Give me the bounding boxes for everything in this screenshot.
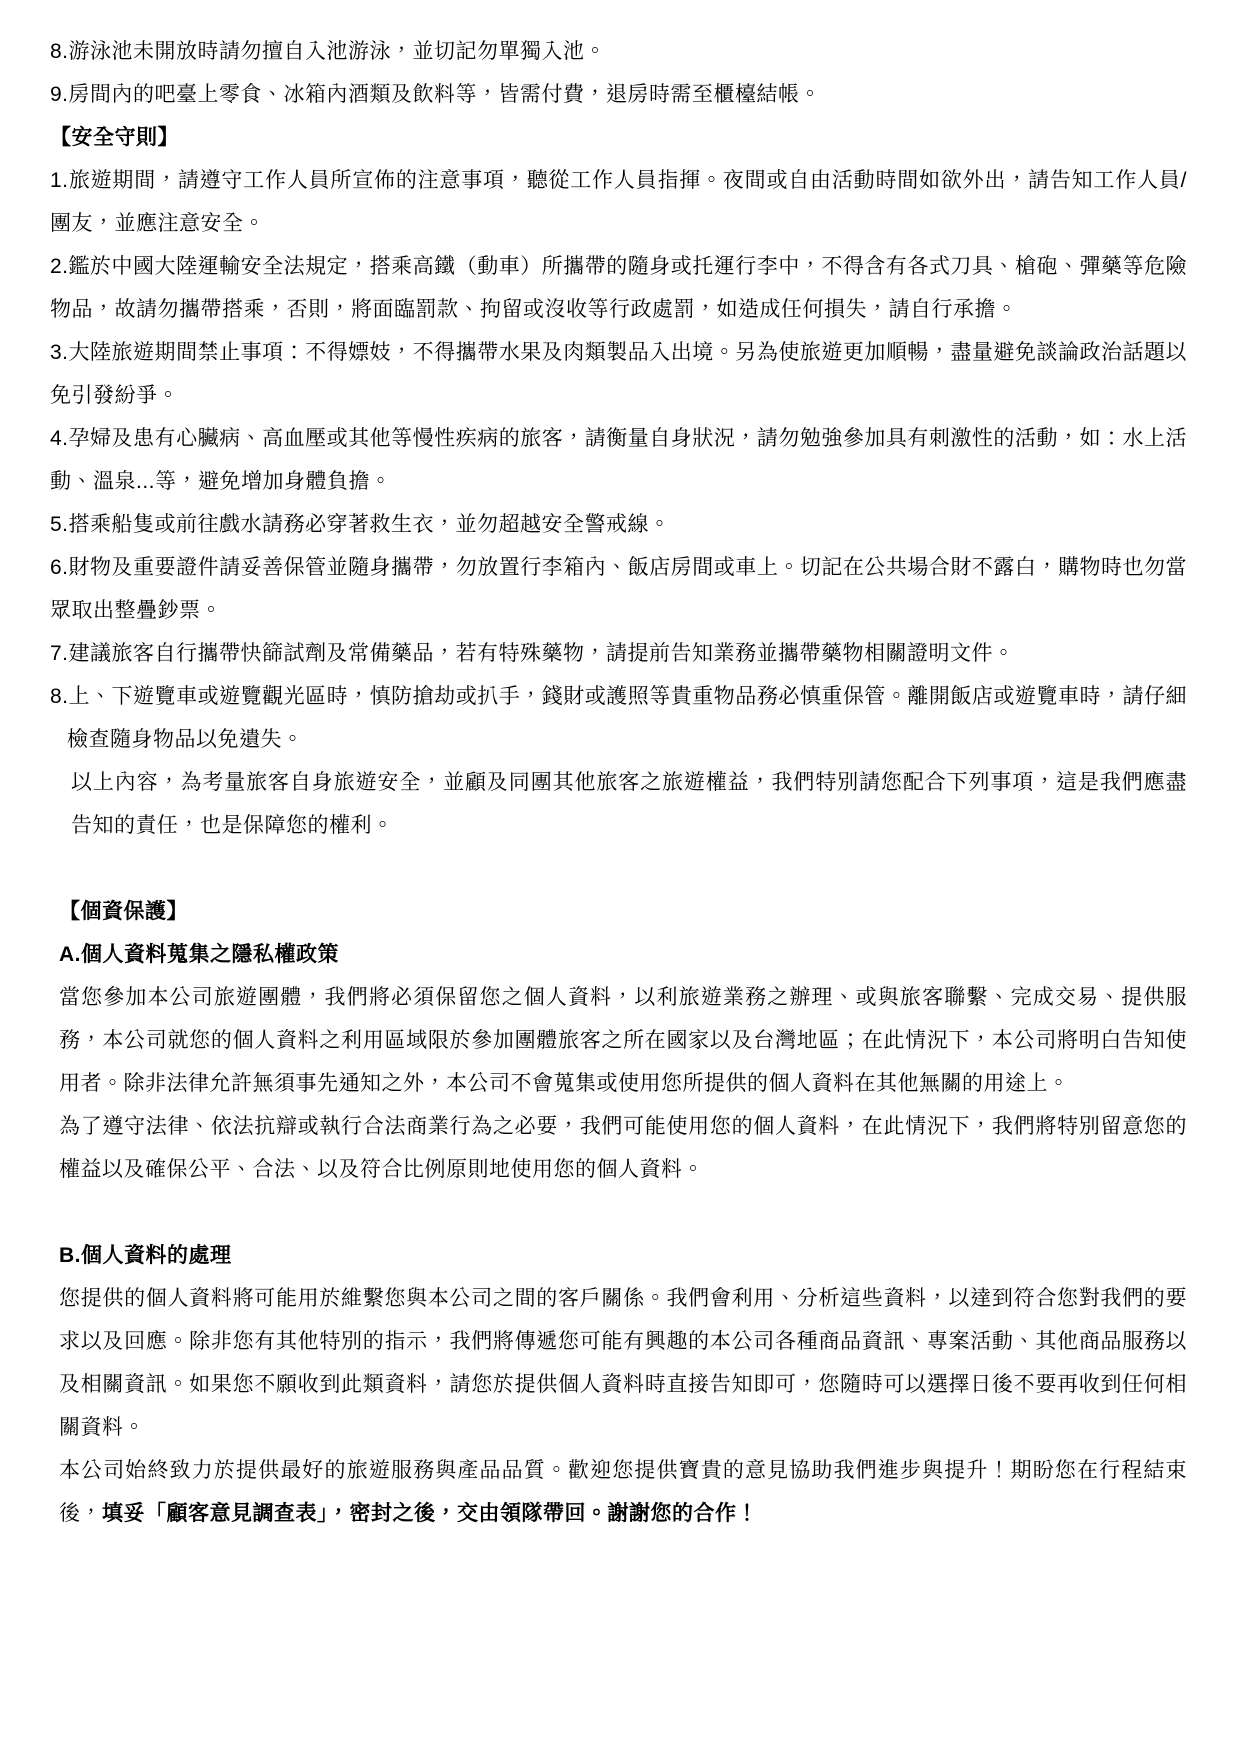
- hotel-rule-item: 9.房間內的吧臺上零食、冰箱內酒類及飲料等，皆需付費，退房時需至櫃檯結帳。: [50, 73, 1187, 116]
- safety-rule-item: 6.財物及重要證件請妥善保管並隨身攜帶，勿放置行李箱內、飯店房間或車上。切記在公…: [50, 546, 1187, 632]
- safety-rule-item: 2.鑑於中國大陸運輸安全法規定，搭乘高鐵（動車）所攜帶的隨身或托運行李中，不得含…: [50, 245, 1187, 331]
- safety-rules-heading: 【安全守則】: [50, 116, 1187, 159]
- safety-rule-item: 7.建議旅客自行攜帶快篩試劑及常備藥品，若有特殊藥物，請提前告知業務並攜帶藥物相…: [50, 632, 1187, 675]
- privacy-policy-b-heading: B.個人資料的處理: [59, 1234, 1187, 1277]
- privacy-policy-a-heading: A.個人資料蒐集之隱私權政策: [59, 933, 1187, 976]
- privacy-paragraph: 您提供的個人資料將可能用於維繫您與本公司之間的客戶關係。我們會利用、分析這些資料…: [59, 1277, 1187, 1449]
- spacer: [59, 1191, 1187, 1234]
- privacy-paragraph: 為了遵守法律、依法抗辯或執行合法商業行為之必要，我們可能使用您的個人資料，在此情…: [59, 1105, 1187, 1191]
- feedback-paragraph: 本公司始終致力於提供最好的旅遊服務與產品品質。歡迎您提供寶貴的意見協助我們進步與…: [59, 1449, 1187, 1535]
- hotel-rule-item: 8.游泳池未開放時請勿擅自入池游泳，並切記勿單獨入池。: [50, 30, 1187, 73]
- feedback-text-bold: 填妥「顧客意見調查表」，密封之後，交由領隊帶回。謝謝您的合作！: [102, 1502, 758, 1525]
- safety-rule-item: 3.大陸旅遊期間禁止事項：不得嫖妓，不得攜帶水果及肉類製品入出境。另為使旅遊更加…: [50, 331, 1187, 417]
- privacy-section-heading: 【個資保護】: [59, 890, 1187, 933]
- privacy-paragraph: 當您參加本公司旅遊團體，我們將必須保留您之個人資料，以利旅遊業務之辦理、或與旅客…: [59, 976, 1187, 1105]
- safety-closing-paragraph: 以上內容，為考量旅客自身旅遊安全，並顧及同團其他旅客之旅遊權益，我們特別請您配合…: [71, 761, 1187, 847]
- privacy-section: 【個資保護】 A.個人資料蒐集之隱私權政策 當您參加本公司旅遊團體，我們將必須保…: [59, 890, 1187, 1535]
- spacer: [50, 847, 1187, 890]
- document-page: 8.游泳池未開放時請勿擅自入池游泳，並切記勿單獨入池。 9.房間內的吧臺上零食、…: [0, 0, 1241, 1575]
- safety-rule-item: 4.孕婦及患有心臟病、高血壓或其他等慢性疾病的旅客，請衡量自身狀況，請勿勉強參加…: [50, 417, 1187, 503]
- safety-rule-item: 1.旅遊期間，請遵守工作人員所宣佈的注意事項，聽從工作人員指揮。夜間或自由活動時…: [50, 159, 1187, 245]
- safety-rule-item: 8.上、下遊覽車或遊覽觀光區時，慎防搶劫或扒手，錢財或護照等貴重物品務必慎重保管…: [50, 675, 1187, 761]
- safety-rule-item: 5.搭乘船隻或前往戲水請務必穿著救生衣，並勿超越安全警戒線。: [50, 503, 1187, 546]
